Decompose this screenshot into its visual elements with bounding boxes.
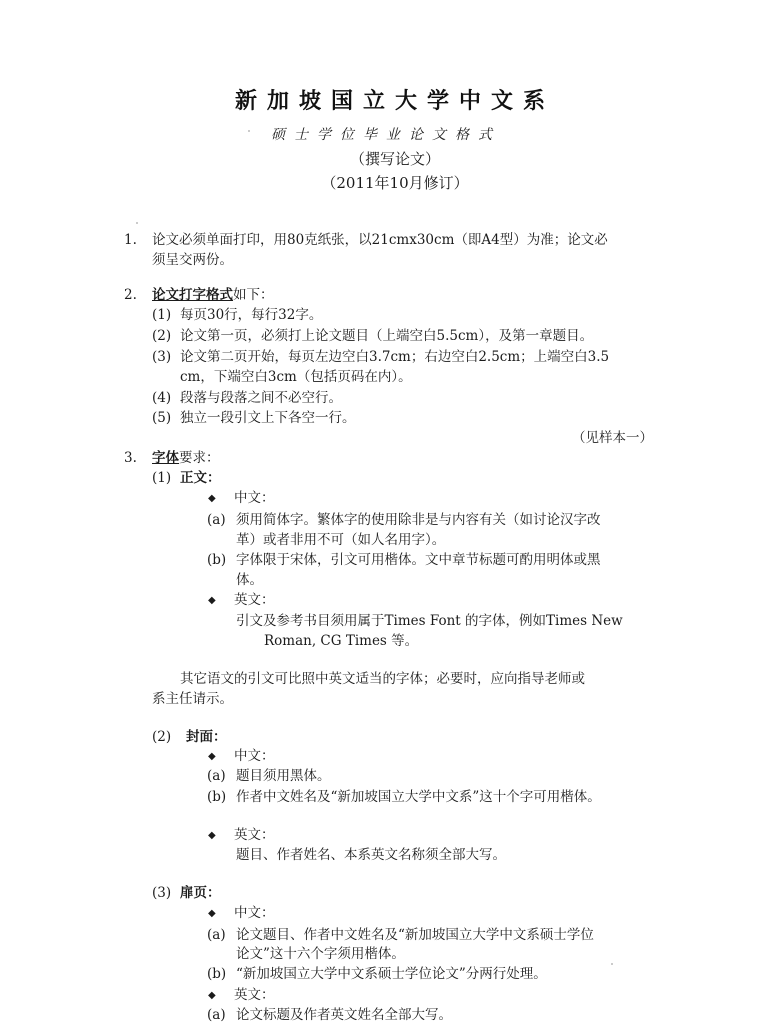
item-label: (b) bbox=[207, 787, 226, 807]
item-text: “新加坡国立大学中文系硕士学位论文”分两行处理。 bbox=[236, 964, 547, 984]
sub-heading-body-text: 正文： bbox=[180, 468, 221, 488]
bullet-icon: ◆ bbox=[208, 986, 216, 1006]
section-1-number: 1. bbox=[124, 230, 137, 250]
bullet-icon: ◆ bbox=[208, 826, 216, 846]
sub-heading-cover: 封面： bbox=[186, 727, 227, 747]
item-label: (4) bbox=[152, 388, 171, 408]
bullet-icon: ◆ bbox=[208, 904, 216, 924]
item-label: (5) bbox=[152, 408, 171, 428]
item-text: 体。 bbox=[236, 570, 263, 590]
item-text: 论文题目、作者中文姓名及“新加坡国立大学中文系硕士学位 bbox=[236, 925, 594, 945]
item-label: (2) bbox=[152, 326, 171, 346]
section-2-heading-rest: 如下： bbox=[233, 287, 274, 303]
section-3-heading: 字体要求： bbox=[152, 448, 220, 468]
item-text: 题目、作者姓名、本系英文名称须全部大写。 bbox=[236, 845, 506, 865]
bullet-label-chinese: 中文： bbox=[234, 488, 275, 508]
section-2-heading: 论文打字格式如下： bbox=[152, 285, 274, 305]
bullet-icon: ◆ bbox=[208, 747, 216, 767]
scan-speck bbox=[136, 222, 138, 224]
paragraph-line: 其它语文的引文可比照中英文适当的字体；必要时，应向指导老师或 bbox=[180, 669, 585, 689]
item-text: Roman, CG Times 等。 bbox=[264, 631, 418, 651]
bullet-label-english: 英文： bbox=[234, 590, 275, 610]
section-1-line: 须呈交两份。 bbox=[152, 250, 233, 270]
section-3-number: 3. bbox=[124, 448, 137, 468]
item-text: 须用简体字。繁体字的使用除非是与内容有关（如讨论汉字改 bbox=[236, 510, 601, 530]
item-label: (b) bbox=[207, 964, 226, 984]
item-label: (1) bbox=[152, 305, 171, 325]
bullet-icon: ◆ bbox=[208, 591, 216, 611]
document-subtitle-paren: （撰写论文） bbox=[0, 148, 768, 169]
item-text: 独立一段引文上下各空一行。 bbox=[180, 408, 356, 428]
item-text: 引文及参考书目须用属于Times Font 的字体，例如Times New bbox=[236, 611, 623, 631]
bullet-label-chinese: 中文： bbox=[234, 903, 275, 923]
document-subtitle: 硕士学位毕业论文格式 bbox=[0, 124, 768, 144]
document-page: 新加坡国立大学中文系 硕士学位毕业论文格式 （撰写论文） （2011年10月修订… bbox=[0, 0, 768, 1024]
item-text: 字体限于宋体，引文可用楷体。文中章节标题可酌用明体或黑 bbox=[236, 550, 601, 570]
item-text: 作者中文姓名及“新加坡国立大学中文系”这十个字可用楷体。 bbox=[236, 787, 601, 807]
sub-label: (2) bbox=[152, 727, 171, 747]
sub-label: (1) bbox=[152, 468, 171, 488]
item-text: 论文标题及作者英文姓名全部大写。 bbox=[236, 1005, 452, 1024]
item-label: (a) bbox=[207, 1005, 226, 1024]
item-text: 革）或者非用不可（如人名用字）。 bbox=[236, 530, 445, 550]
item-label: (3) bbox=[152, 347, 171, 367]
section-3-heading-underlined: 字体 bbox=[152, 450, 179, 466]
item-label: (b) bbox=[207, 550, 226, 570]
revision-date: （2011年10月修订） bbox=[0, 172, 768, 193]
item-text: 每页30行，每行32字。 bbox=[180, 305, 322, 325]
item-label: (a) bbox=[207, 925, 226, 945]
document-title: 新加坡国立大学中文系 bbox=[0, 84, 768, 115]
section-2-heading-underlined: 论文打字格式 bbox=[152, 287, 233, 303]
sample-note: （见样本一） bbox=[572, 428, 653, 448]
item-text: 论文第二页开始，每页左边空白3.7cm；右边空白2.5cm；上端空白3.5 bbox=[180, 347, 609, 367]
item-text: 论文”这十六个字须用楷体。 bbox=[236, 944, 405, 964]
sub-label: (3) bbox=[152, 883, 171, 903]
item-text: 题目须用黑体。 bbox=[236, 766, 331, 786]
sub-heading-title-page: 扉页： bbox=[180, 883, 221, 903]
item-text: 论文第一页，必须打上论文题目（上端空白5.5cm），及第一章题目。 bbox=[180, 326, 593, 346]
section-3-heading-rest: 要求： bbox=[179, 450, 220, 466]
section-2-number: 2. bbox=[124, 285, 137, 305]
item-label: (a) bbox=[207, 766, 226, 786]
section-1-line: 论文必须单面打印，用80克纸张，以21cmx30cm（即A4型）为准；论文必 bbox=[152, 230, 608, 250]
bullet-label-chinese: 中文： bbox=[234, 746, 275, 766]
item-label: (a) bbox=[207, 510, 226, 530]
bullet-label-english: 英文： bbox=[234, 825, 275, 845]
bullet-label-english: 英文： bbox=[234, 985, 275, 1005]
paragraph-line: 系主任请示。 bbox=[152, 689, 233, 709]
item-text: 段落与段落之间不必空行。 bbox=[180, 388, 342, 408]
item-text: cm，下端空白3cm（包括页码在内）。 bbox=[180, 367, 412, 387]
scan-speck bbox=[611, 963, 613, 965]
bullet-icon: ◆ bbox=[208, 489, 216, 509]
